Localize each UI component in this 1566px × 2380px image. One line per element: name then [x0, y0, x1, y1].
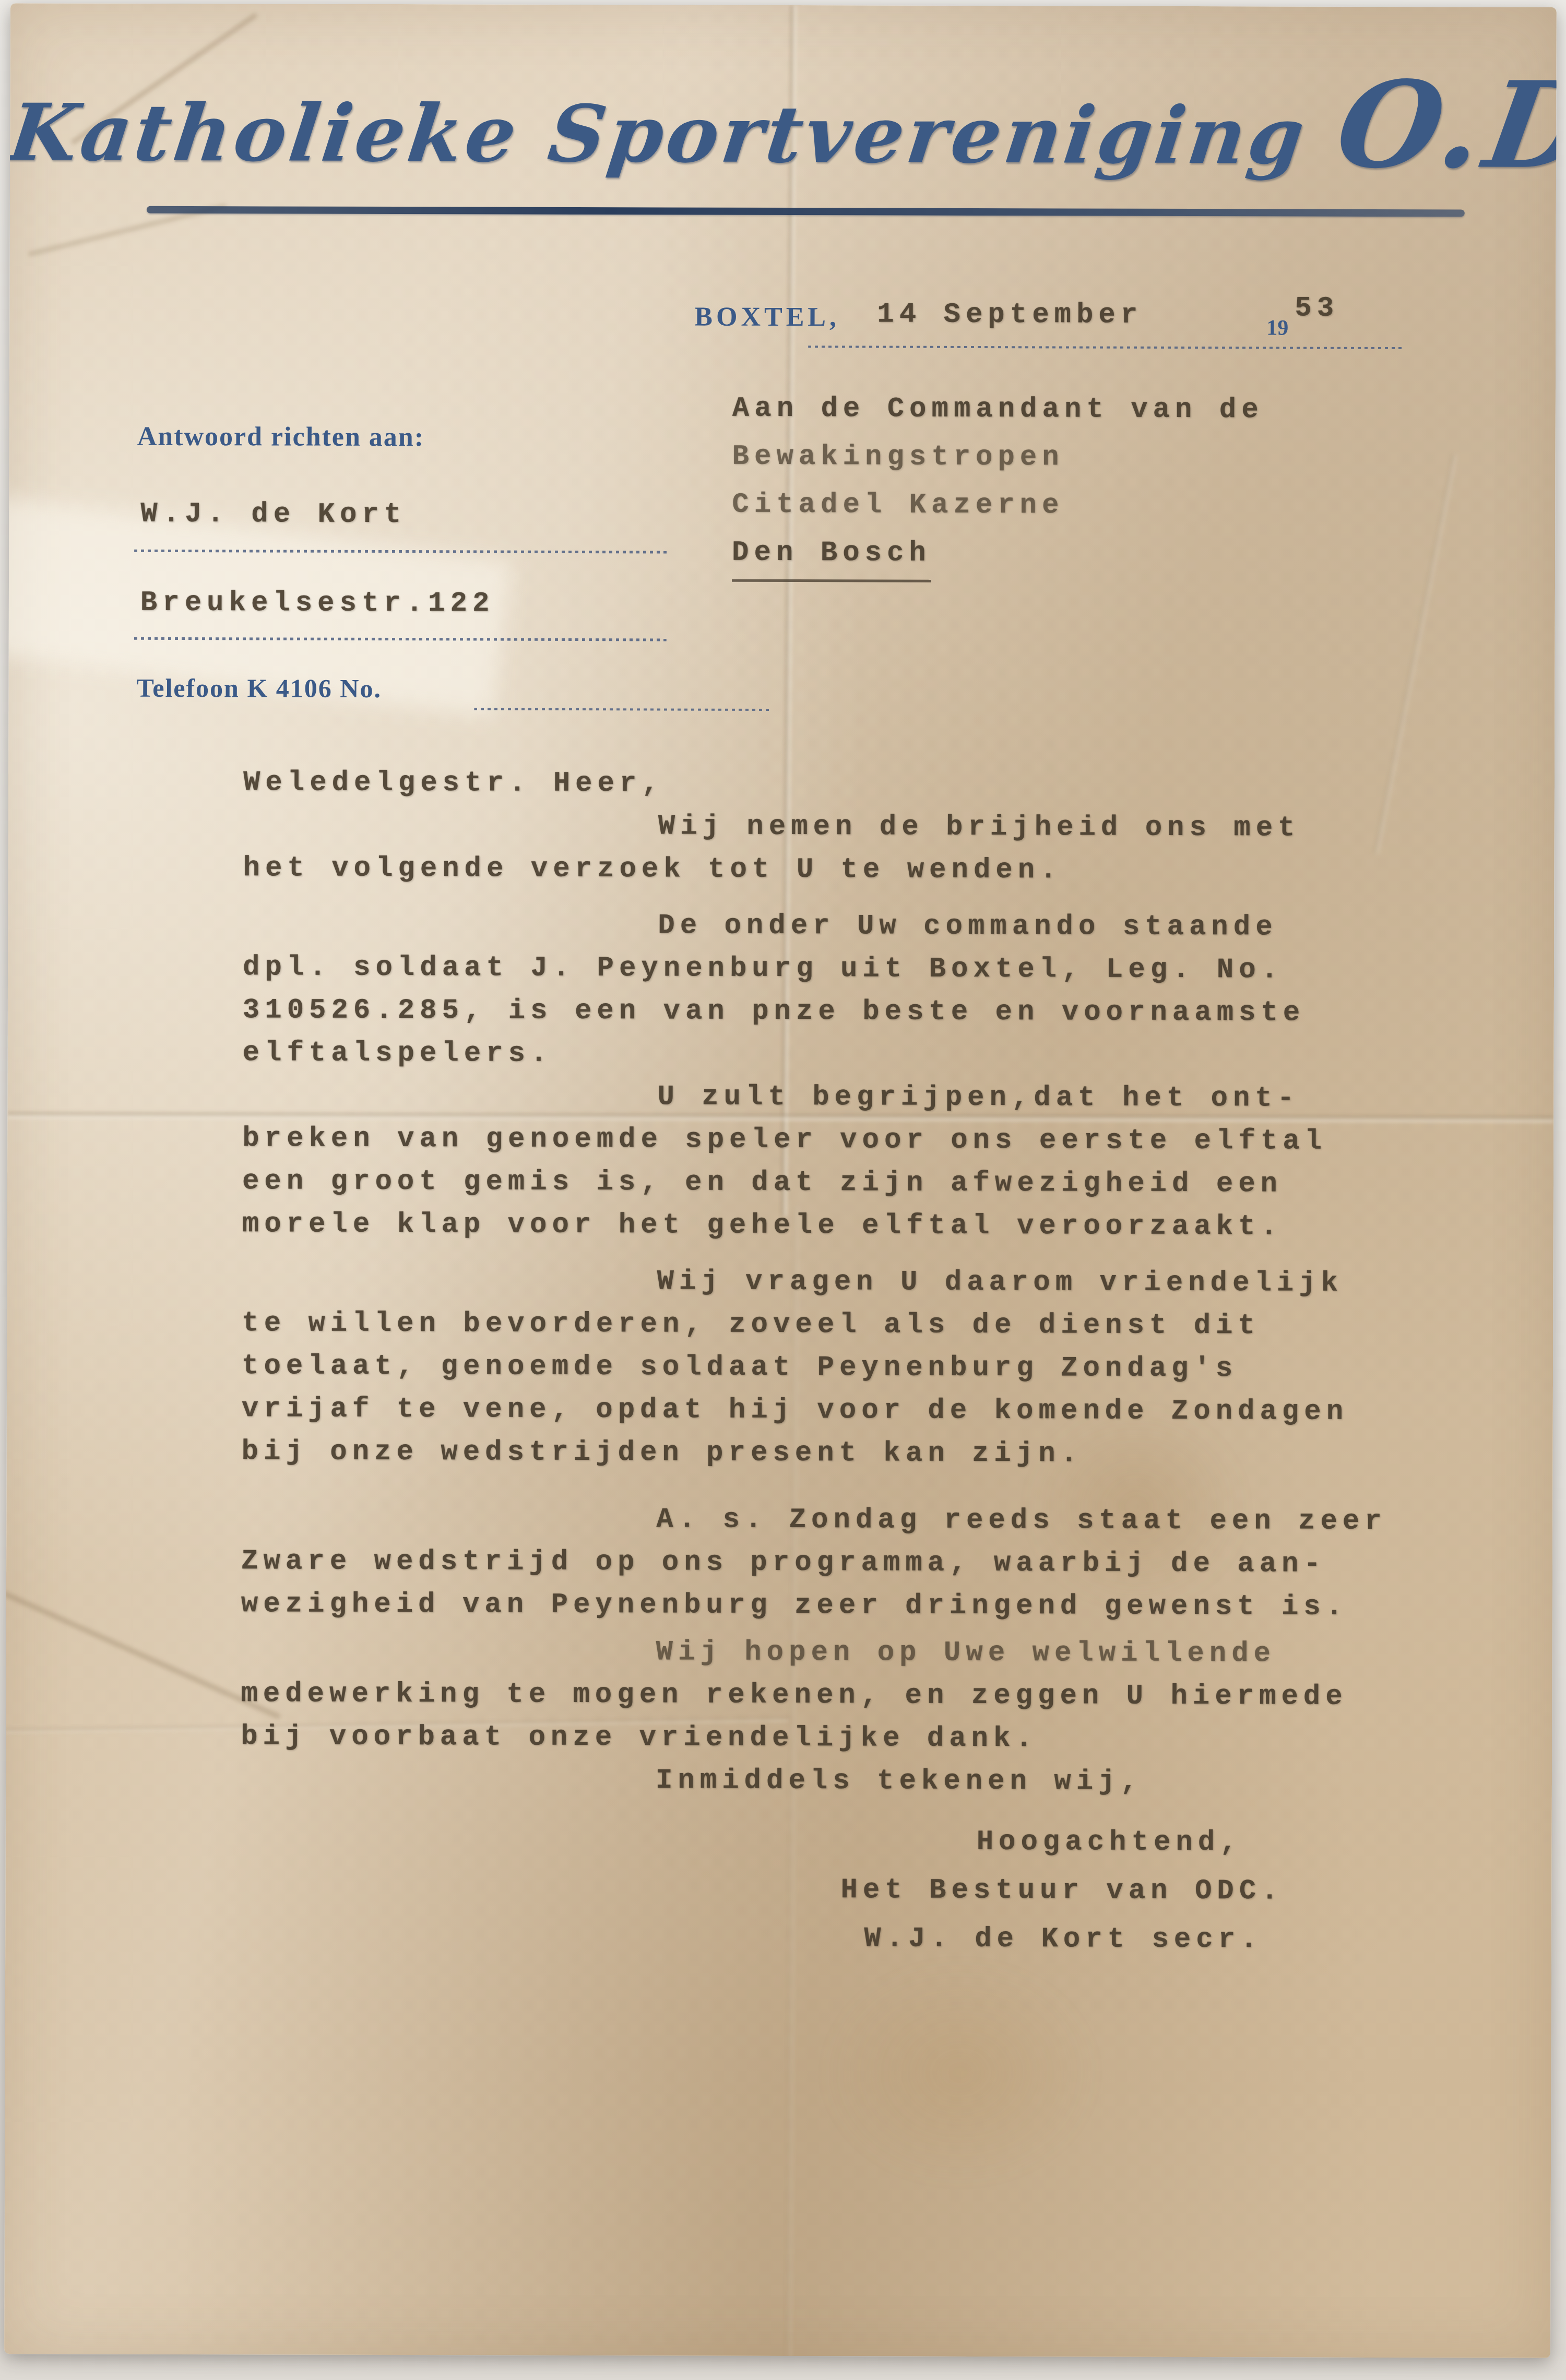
phone-label: Telefoon K 4106 No. [136, 673, 382, 704]
body-line: breken van genoemde speler voor ons eers… [242, 1117, 1438, 1163]
date-dotted-line [808, 346, 1403, 349]
body-line: Wij vragen U daarom vriendelijk [242, 1259, 1437, 1305]
reply-name: W.J. de Kort [140, 498, 406, 531]
closing-block: Hoogachtend, Het Bestuur van ODC. W.J. d… [820, 1817, 1394, 1965]
closing-signature: W.J. de Kort secr. [820, 1914, 1394, 1965]
letter-body: Weledelgestr. Heer, Wij nemen de brijhei… [241, 761, 1439, 1804]
recipient-line: Bewakingstropen [732, 433, 1264, 483]
reply-street: Breukelsestr.122 [140, 587, 495, 620]
body-line: elftalspelers. [243, 1032, 1438, 1078]
body-line: Wij nemen de brijheid ons met [243, 804, 1439, 850]
recipient-line: Citadel Kazerne [732, 481, 1263, 531]
body-line: toelaat, genoemde soldaat Peynenburg Zon… [242, 1345, 1437, 1391]
body-line: een groot gemis is, en dat zijn afwezigh… [242, 1160, 1438, 1206]
body-line: morele klap voor het gehele elftal veroo… [242, 1203, 1438, 1249]
recipient-city-underlined: Den Bosch [732, 529, 931, 582]
body-line: medewerking te mogen rekenen, en zeggen … [241, 1673, 1436, 1719]
body-line: te willen bevorderen, zoveel als de dien… [242, 1302, 1437, 1348]
reply-name-dotted-line [134, 550, 667, 554]
letter-paper: Katholieke SportverenigingO.D.C. BOXTEL,… [4, 3, 1557, 2358]
body-line: het volgende verzoek tot U te wenden. [243, 847, 1438, 893]
recipient-block: Aan de Commandant van de Bewakingstropen… [732, 385, 1264, 584]
crease-bottom-left-diagonal [4, 1591, 281, 1720]
body-line: vrijaf te vene, opdat hij voor de komend… [242, 1388, 1437, 1434]
body-line: bij voorbaat onze vriendelijke dank. [241, 1716, 1436, 1762]
reply-street-dotted-line [134, 637, 667, 641]
letterhead-title: Katholieke SportverenigingO.D.C. [10, 48, 1557, 192]
year-printed: 19 [1266, 315, 1288, 340]
body-line: Weledelgestr. Heer, [243, 761, 1439, 807]
reply-label: Antwoord richten aan: [137, 421, 425, 453]
body-line: Inmiddels tekenen wij, [241, 1758, 1436, 1804]
stain-signature-area [819, 1957, 1101, 2187]
body-line: bij onze wedstrijden present kan zijn. [242, 1431, 1437, 1477]
year-typed: 53 [1295, 293, 1339, 325]
closing-salutation: Hoogachtend, [820, 1817, 1394, 1867]
body-line: U zult begrijpen,dat het ont- [242, 1075, 1438, 1121]
body-line: Zware wedstrijd op ons programma, waarbi… [241, 1540, 1437, 1586]
letterhead-rule [147, 206, 1465, 217]
city-label: BOXTEL, [694, 302, 840, 333]
body-line: wezigheid van Peynenburg zeer dringend g… [241, 1583, 1437, 1629]
recipient-line: Aan de Commandant van de [732, 385, 1264, 435]
org-abbr: O.D.C. [1328, 55, 1557, 196]
body-line: Wij hopen op Uwe welwillende [241, 1630, 1437, 1676]
body-line: 310526.285, is een van pnze beste en voo… [243, 989, 1438, 1035]
closing-org: Het Bestuur van ODC. [820, 1866, 1394, 1916]
body-line: De onder Uw commando staande [243, 903, 1438, 949]
letter-photo: Katholieke SportverenigingO.D.C. BOXTEL,… [0, 0, 1566, 2380]
body-line: dpl. soldaat J. Peynenburg uit Boxtel, L… [243, 946, 1438, 992]
date-typed: 14 September [877, 299, 1143, 331]
org-name: Katholieke Sportvereniging [4, 87, 1312, 182]
body-line: A. s. Zondag reeds staat een zeer [241, 1497, 1437, 1543]
phone-dotted-line [474, 708, 772, 710]
